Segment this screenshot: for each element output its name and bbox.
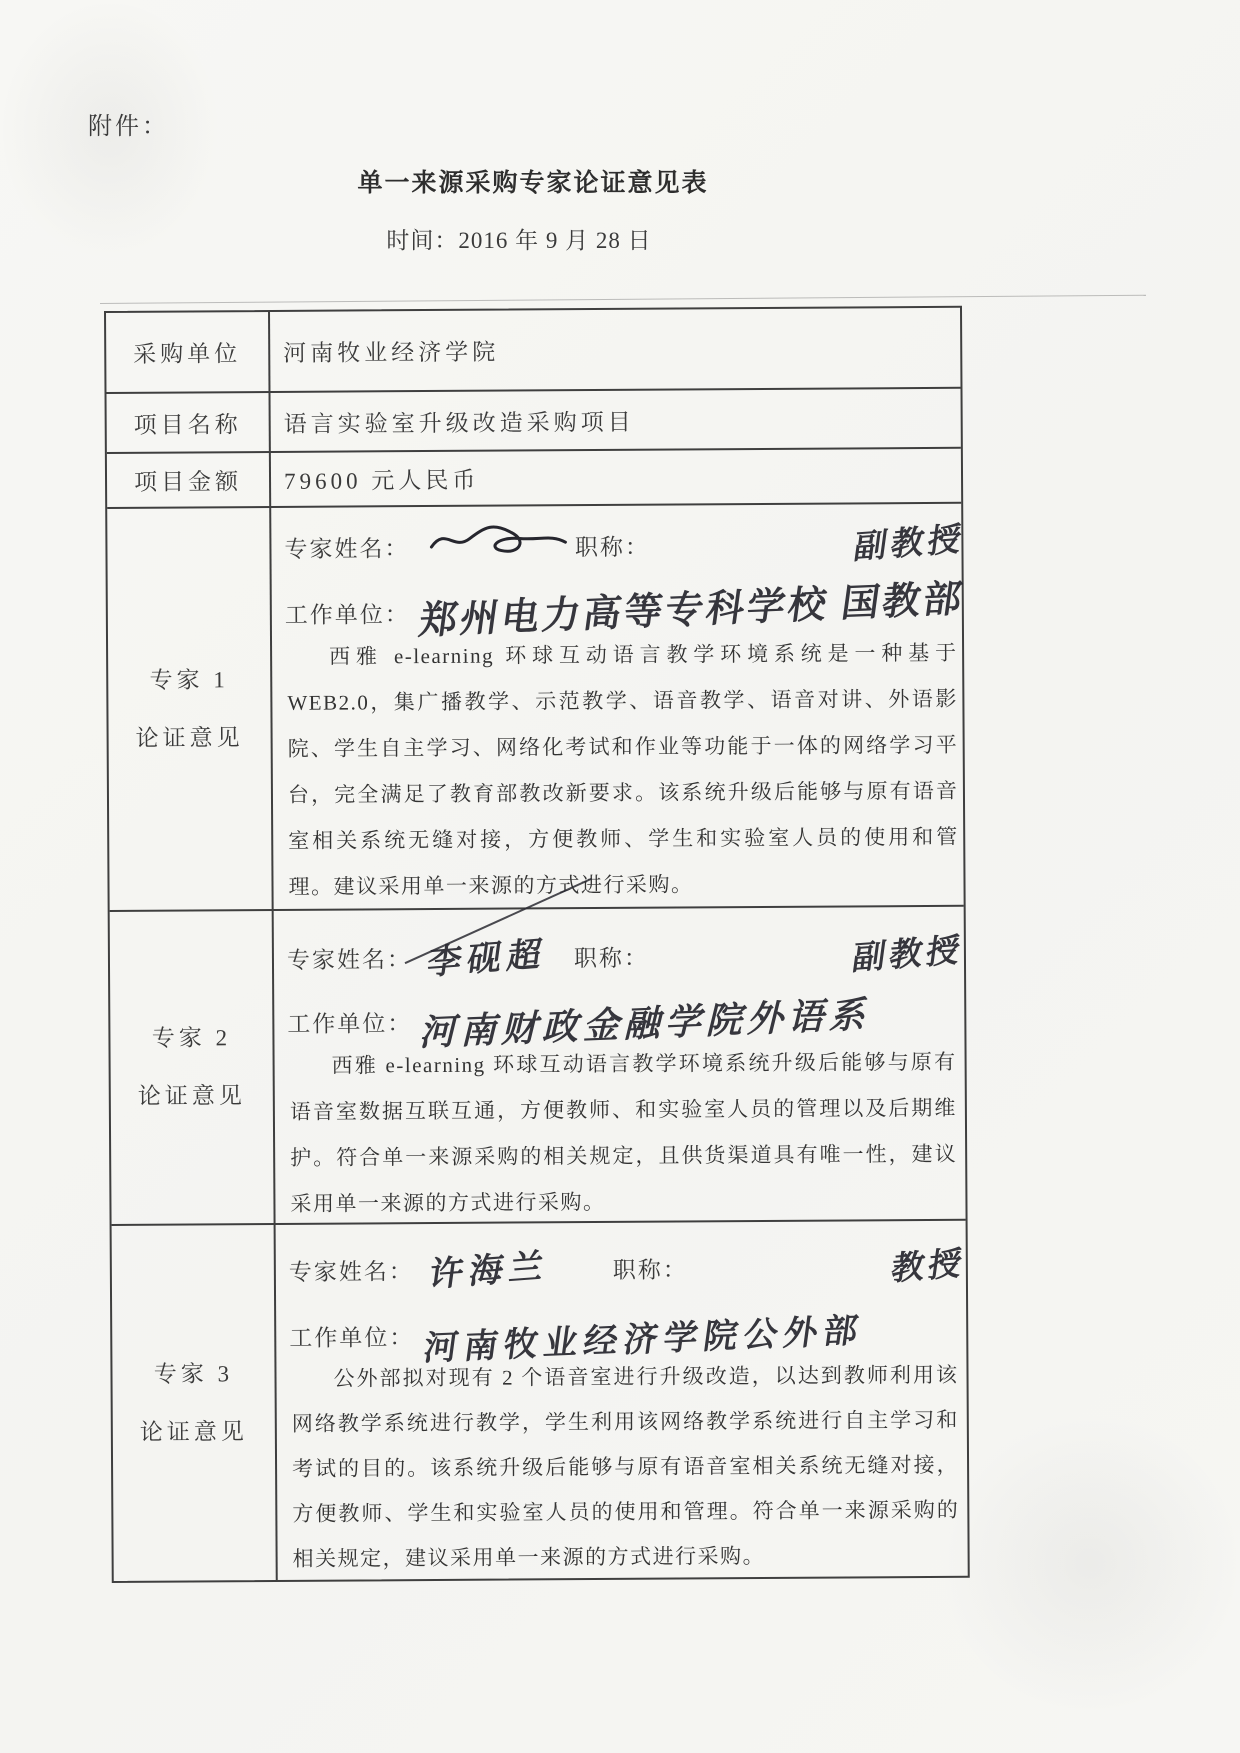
expert-name-label: 专家姓名： <box>289 1253 414 1287</box>
expert-title-label: 职称： <box>574 940 649 973</box>
purchaser-label: 采购单位 <box>106 312 270 392</box>
expert-title-label: 职称： <box>613 1251 688 1284</box>
table-row: 项目名称 语言实验室升级改造采购项目 <box>107 389 961 454</box>
table-row: 采购单位 河南牧业经济学院 <box>106 308 960 394</box>
expert-3-unit-line: 工作单位： 河南牧业经济学院公外部 <box>289 1283 966 1353</box>
expert-unit-label: 工作单位： <box>289 1319 414 1353</box>
document-title: 单一来源采购专家论证意见表 <box>104 163 962 199</box>
expert-1-row: 专家 1 论证意见 专家姓名： 职称： 副教授 工作单位： 郑州电力高等专科学校… <box>107 504 963 912</box>
expert-unit-label: 工作单位： <box>285 596 410 630</box>
expert-1-row-label: 专家 1 论证意见 <box>107 508 273 910</box>
expert-1-label-line1: 专家 1 <box>135 666 243 694</box>
expert-3-row: 专家 3 论证意见 专家姓名： 许海兰 职称： 教授 工作单位： 河南牧业经济学… <box>112 1221 968 1581</box>
scan-artifact-line <box>100 295 1146 304</box>
expert-2-opinion: 西雅 e-learning 环球互动语言教学环境系统升级后能够与原有语音室数据互… <box>289 1039 957 1227</box>
expert-1-opinion: 西雅 e-learning 环球互动语言教学环境系统是一种基于WEB2.0，集广… <box>287 630 959 910</box>
expert-2-label-line1: 专家 2 <box>137 1025 245 1053</box>
expert-3-signature-line: 专家姓名： 许海兰 职称： 教授 <box>289 1227 966 1287</box>
purchaser-value: 河南牧业经济学院 <box>270 308 960 391</box>
expert-1-cell: 专家姓名： 职称： 副教授 工作单位： 郑州电力高等专科学校 国教部 西雅 e-… <box>271 504 967 909</box>
expert-1-signature-line: 专家姓名： 职称： 副教授 <box>284 510 965 564</box>
scan-noise <box>940 1413 1240 1713</box>
expert-2-signature-line: 专家姓名： 李砚超 职称： 副教授 <box>287 913 964 975</box>
table-row: 项目金额 79600 元人民币 <box>107 449 961 509</box>
expert-name-label: 专家姓名： <box>287 941 412 975</box>
expert-3-label-line1: 专家 3 <box>139 1360 247 1388</box>
expert-3-label-line2: 论证意见 <box>140 1418 248 1446</box>
scanned-document-page: { "page": { "attachment_label": "附件：", "… <box>0 0 1240 1753</box>
project-amount-value: 79600 元人民币 <box>271 449 961 506</box>
expert-2-row: 专家 2 论证意见 专家姓名： 李砚超 职称： 副教授 工作单位： 河南财政金融… <box>110 907 966 1226</box>
expert-2-unit-line: 工作单位： 河南财政金融学院外语系 <box>287 971 964 1039</box>
expert-2-row-label: 专家 2 论证意见 <box>110 911 276 1224</box>
expert-3-row-label: 专家 3 论证意见 <box>112 1225 278 1581</box>
project-name-value: 语言实验室升级改造采购项目 <box>271 389 961 451</box>
expert-unit-label: 工作单位： <box>287 1005 412 1039</box>
expert-2-label-line2: 论证意见 <box>138 1082 246 1110</box>
expert-opinion-table: 采购单位 河南牧业经济学院 项目名称 语言实验室升级改造采购项目 项目金额 79… <box>104 306 970 1583</box>
expert-3-cell: 专家姓名： 许海兰 职称： 教授 工作单位： 河南牧业经济学院公外部 公外部拟对… <box>276 1221 968 1580</box>
expert-1-name-signature <box>423 516 573 565</box>
attachment-label: 附件： <box>88 106 169 141</box>
project-name-label: 项目名称 <box>107 393 271 452</box>
expert-name-label: 专家姓名： <box>284 530 409 564</box>
project-amount-label: 项目金额 <box>107 453 271 507</box>
expert-title-label: 职称： <box>575 529 650 562</box>
document-date: 时间：2016 年 9 月 28 日 <box>104 222 934 255</box>
expert-1-label-line2: 论证意见 <box>136 724 244 752</box>
expert-3-opinion: 公外部拟对现有 2 个语音室进行升级改造，以达到教师利用该网络教学系统进行教学，… <box>291 1353 959 1582</box>
expert-1-unit-line: 工作单位： 郑州电力高等专科学校 国教部 <box>285 560 966 630</box>
expert-2-cell: 专家姓名： 李砚超 职称： 副教授 工作单位： 河南财政金融学院外语系 西雅 e… <box>274 907 966 1223</box>
